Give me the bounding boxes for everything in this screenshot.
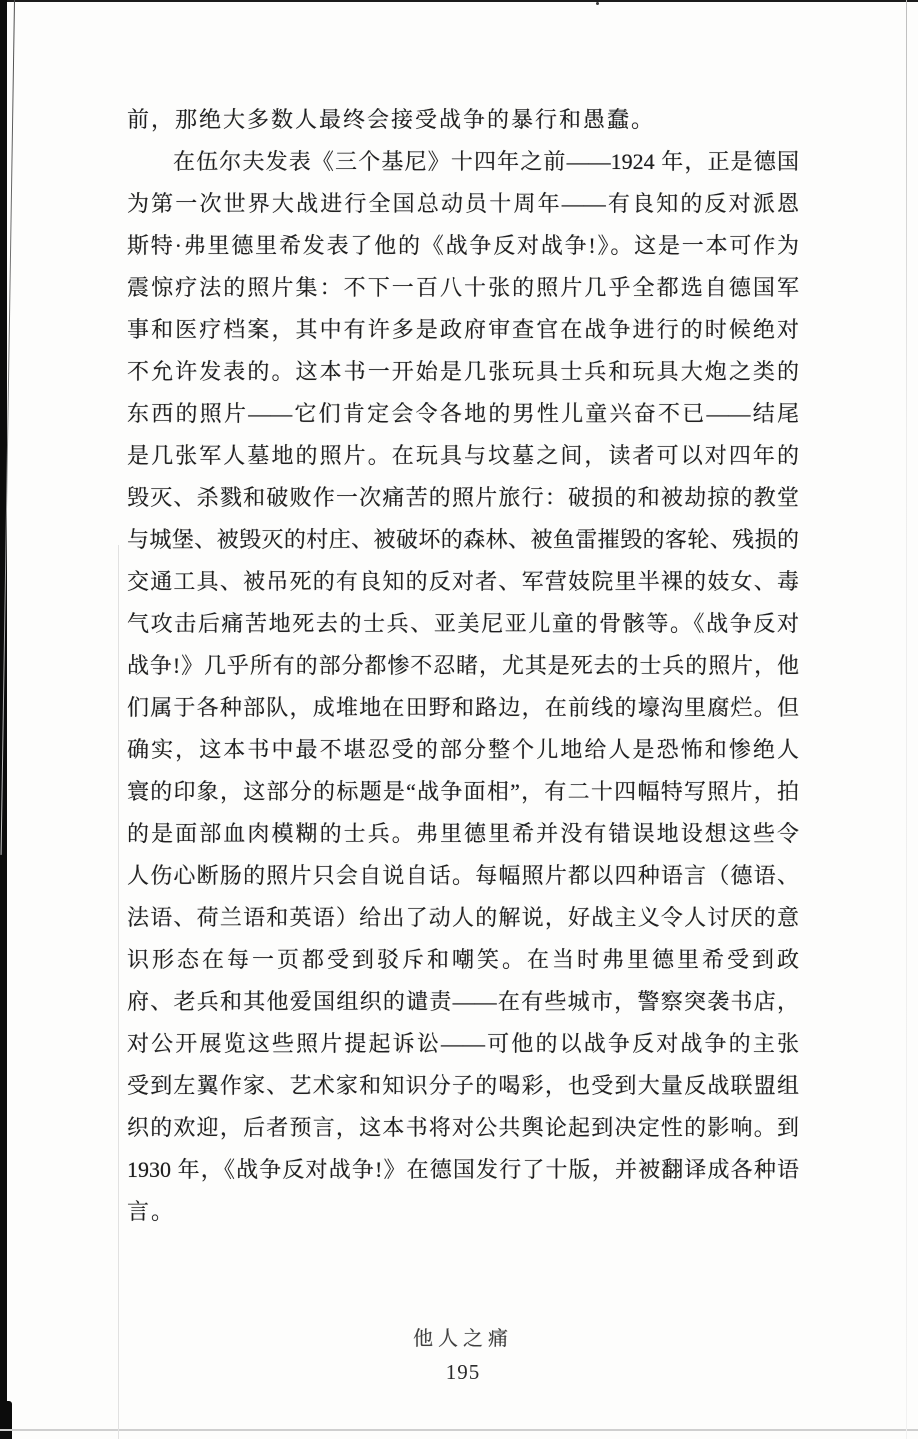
running-title: 他人之痛 [127, 1322, 799, 1351]
scan-shadow-right [906, 0, 907, 1439]
page-number: 195 [127, 1360, 799, 1385]
scan-fold-line [118, 545, 119, 1439]
text-line: 1930 年，《战争反对战争!》在德国发行了十版，并被翻译成各种语 [127, 1149, 799, 1191]
text-line: 与城堡、被毁灭的村庄、被破坏的森林、被鱼雷摧毁的客轮、残损的 [127, 519, 799, 561]
scan-speck [596, 2, 599, 5]
page-body: 前，那绝大多数人最终会接受战争的暴行和愚蠢。 在伍尔夫发表《三个基尼》十四年之前… [127, 99, 799, 1233]
text-line: 人伤心断肠的照片只会自说自话。每幅照片都以四种语言（德语、 [127, 855, 799, 897]
text-line: 的是面部血肉模糊的士兵。弗里德里希并没有错误地设想这些令 [127, 813, 799, 855]
text-line: 气攻击后痛苦地死去的士兵、亚美尼亚儿童的骨骸等。《战争反对 [127, 603, 799, 645]
scan-edge-bottom [0, 1429, 918, 1431]
text-line: 斯特·弗里德里希发表了他的《战争反对战争!》。这是一本可作为 [127, 225, 799, 267]
text-line: 法语、荷兰语和英语）给出了动人的解说，好战主义令人讨厌的意 [127, 897, 799, 939]
text-line: 不允许发表的。这本书一开始是几张玩具士兵和玩具大炮之类的 [127, 351, 799, 393]
text-line: 确实，这本书中最不堪忍受的部分整个儿地给人是恐怖和惨绝人 [127, 729, 799, 771]
text-line: 战争!》几乎所有的部分都惨不忍睹，尤其是死去的士兵的照片，他 [127, 645, 799, 687]
text-line: 毁灭、杀戮和破败作一次痛苦的照片旅行：破损的和被劫掠的教堂 [127, 477, 799, 519]
text-line: 是几张军人墓地的照片。在玩具与坟墓之间，读者可以对四年的 [127, 435, 799, 477]
text-line: 们属于各种部队，成堆地在田野和路边，在前线的壕沟里腐烂。但 [127, 687, 799, 729]
text-line: 对公开展览这些照片提起诉讼——可他的以战争反对战争的主张 [127, 1023, 799, 1065]
text-line: 为第一次世界大战进行全国总动员十周年——有良知的反对派恩 [127, 183, 799, 225]
text-line: 识形态在每一页都受到驳斥和嘲笑。在当时弗里德里希受到政 [127, 939, 799, 981]
text-line: 在伍尔夫发表《三个基尼》十四年之前——1924 年，正是德国 [127, 141, 799, 183]
text-line: 前，那绝大多数人最终会接受战争的暴行和愚蠢。 [127, 99, 799, 141]
text-line: 受到左翼作家、艺术家和知识分子的喝彩，也受到大量反战联盟组 [127, 1065, 799, 1107]
text-line: 事和医疗档案，其中有许多是政府审查官在战争进行的时候绝对 [127, 309, 799, 351]
text-line: 织的欢迎，后者预言，这本书将对公共舆论起到决定性的影响。到 [127, 1107, 799, 1149]
scan-edge-top [0, 0, 918, 2]
text-line: 府、老兵和其他爱国组织的谴责——在有些城市，警察突袭书店， [127, 981, 799, 1023]
text-line: 震惊疗法的照片集：不下一百八十张的照片几乎全都选自德国军 [127, 267, 799, 309]
scan-edge-bottom-left-blot [0, 1401, 12, 1439]
text-line: 交通工具、被吊死的有良知的反对者、军营妓院里半裸的妓女、毒 [127, 561, 799, 603]
scanned-book-page: { "document": { "lines": [ "前，那绝大多数人最终会接… [0, 0, 918, 1439]
text-line: 寰的印象，这部分的标题是“战争面相”，有二十四幅特写照片，拍 [127, 771, 799, 813]
text-line: 东西的照片——它们肯定会令各地的男性儿童兴奋不已——结尾 [127, 393, 799, 435]
text-line: 言。 [127, 1191, 799, 1233]
